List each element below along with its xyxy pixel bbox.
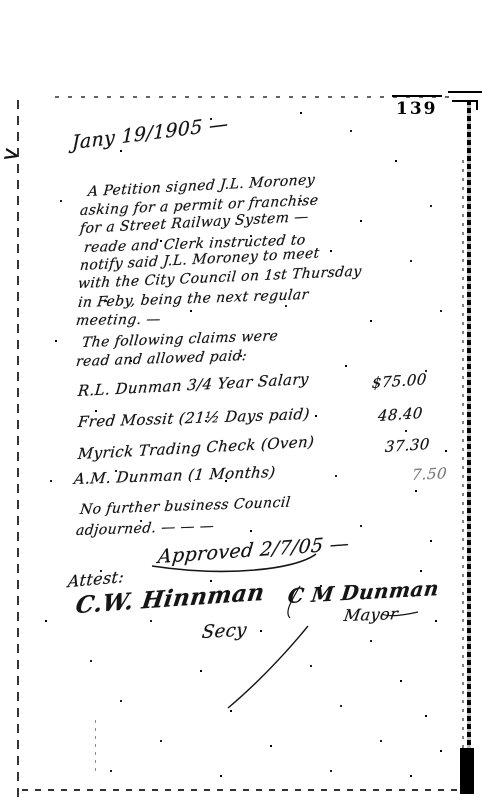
date-line: Jany 19/1905 — <box>72 113 229 154</box>
page-number: 139 <box>396 99 438 119</box>
claim-row: Myrick Trading Check (Oven) <box>77 433 315 463</box>
approval-line: Approved 2/7/05 — <box>157 533 351 569</box>
claim-row: Fred Mossit (21½ Days paid) <box>77 405 311 431</box>
mayor-signature: C M Dunman <box>287 576 441 608</box>
page-bottom-edge-line <box>22 789 468 791</box>
claim-amount: $75.00 <box>371 370 427 392</box>
pen-flourish-strokes <box>0 0 486 800</box>
folio-corner-bracket <box>452 100 478 102</box>
closing-line: adjourned. — — — <box>75 518 215 539</box>
attest-label: Attest: <box>67 567 125 591</box>
claims-intro-line: read and allowed paid: <box>75 348 248 370</box>
faint-vertical-mark <box>95 720 96 775</box>
folio-overline-right <box>448 91 482 93</box>
page-right-edge-band <box>467 100 471 794</box>
mayor-title: Mayor <box>343 604 400 625</box>
scan-noise-speckles <box>0 0 2 2</box>
folio-overline <box>392 95 442 97</box>
claims-intro-line: The following claims were <box>81 328 279 351</box>
claim-amount: 7.50 <box>411 464 448 484</box>
closing-line: No further business Council <box>79 495 291 518</box>
claim-amount: 37.30 <box>384 435 430 456</box>
claim-row: A.M. Dunman (1 Months) <box>73 463 276 488</box>
secretary-title: Secy <box>201 620 248 644</box>
minutes-line: meeting. — <box>75 312 162 330</box>
page-right-edge-inner-line <box>462 160 464 760</box>
claim-amount: 48.40 <box>377 404 423 425</box>
claim-row: R.L. Dunman 3/4 Year Salary <box>77 370 309 400</box>
scanned-minutes-page: > 139 Jany 19/1905 — A Petition signed J… <box>0 0 486 800</box>
bottom-right-scan-blot <box>460 748 474 794</box>
binding-edge-line <box>17 100 19 800</box>
